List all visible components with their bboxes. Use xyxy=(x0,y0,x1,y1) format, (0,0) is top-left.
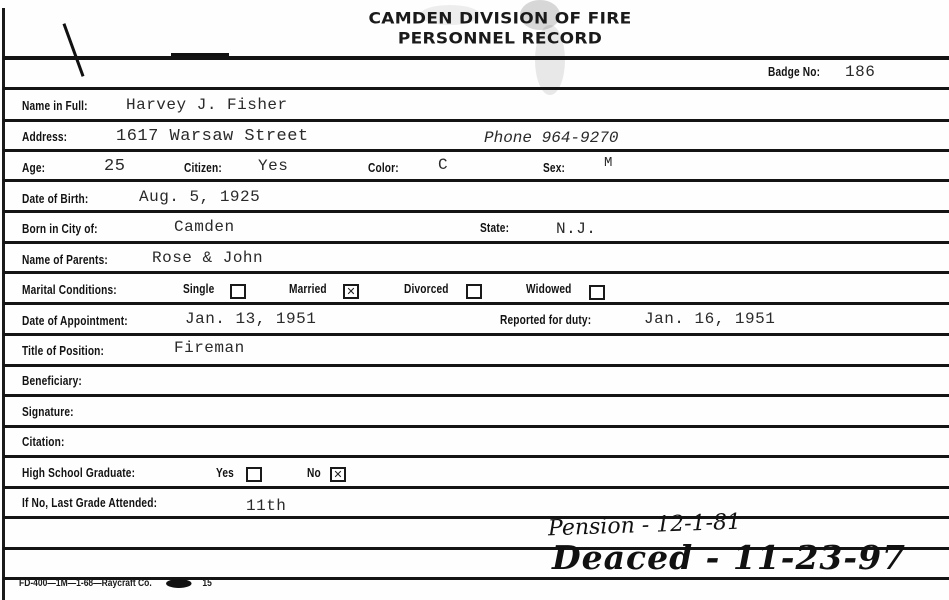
phone-value: Phone 964-9270 xyxy=(484,129,618,147)
hs-grad-no-checkbox[interactable]: ✕ xyxy=(330,467,346,482)
address-label: Address: xyxy=(22,129,67,144)
form-footer: FD-400—1M—1-68—Raycraft Co. 15 xyxy=(19,578,212,589)
badge-value: 186 xyxy=(845,63,875,81)
last-grade-label: If No, Last Grade Attended: xyxy=(22,495,157,510)
appointment-label: Date of Appointment: xyxy=(22,313,128,328)
handwritten-pension-note: Pension - 12-1-81 xyxy=(548,510,742,542)
form-title: CAMDEN DIVISION OF FIRE PERSONNEL RECORD xyxy=(300,9,700,49)
citation-label: Citation: xyxy=(22,434,65,449)
rule xyxy=(3,56,949,60)
parents-value: Rose & John xyxy=(152,249,263,267)
beneficiary-label: Beneficiary: xyxy=(22,373,82,388)
hs-grad-no-label: No xyxy=(307,465,321,480)
rule xyxy=(3,87,949,90)
form-title-line2: PERSONNEL RECORD xyxy=(300,29,700,49)
badge-label: Badge No: xyxy=(768,64,820,79)
rule xyxy=(3,486,949,489)
color-value: C xyxy=(438,156,448,174)
rule xyxy=(3,394,949,397)
marital-single-checkbox[interactable] xyxy=(230,284,246,299)
color-label: Color: xyxy=(368,160,399,175)
personnel-record-card: CAMDEN DIVISION OF FIRE PERSONNEL RECORD… xyxy=(0,0,949,600)
form-title-line1: CAMDEN DIVISION OF FIRE xyxy=(300,9,700,29)
rule xyxy=(3,364,949,367)
rule xyxy=(3,271,949,274)
name-label: Name in Full: xyxy=(22,98,88,113)
rule xyxy=(3,425,949,428)
citizen-label: Citizen: xyxy=(184,160,222,175)
rule xyxy=(3,302,949,305)
title-position-value: Fireman xyxy=(174,339,245,357)
form-code: FD-400—1M—1-68—Raycraft Co. xyxy=(19,578,152,589)
union-bug-icon xyxy=(166,579,192,588)
state-label: State: xyxy=(480,220,509,235)
last-grade-value: 11th xyxy=(246,497,286,515)
reported-value: Jan. 16, 1951 xyxy=(644,310,775,328)
dob-value: Aug. 5, 1925 xyxy=(139,188,260,206)
dob-label: Date of Birth: xyxy=(22,191,88,206)
appointment-value: Jan. 13, 1951 xyxy=(185,310,316,328)
name-value: Harvey J. Fisher xyxy=(126,96,288,114)
hs-grad-yes-label: Yes xyxy=(216,465,234,480)
rule xyxy=(3,179,949,182)
pen-slash-mark xyxy=(63,23,85,77)
marital-divorced-label: Divorced xyxy=(404,281,449,296)
signature-label: Signature: xyxy=(22,404,74,419)
age-value: 25 xyxy=(104,157,125,176)
title-position-label: Title of Position: xyxy=(22,343,104,358)
rule xyxy=(3,119,949,122)
union-number: 15 xyxy=(202,578,211,589)
hs-grad-label: High School Graduate: xyxy=(22,465,135,480)
marital-married-label: Married xyxy=(289,281,327,296)
rule xyxy=(3,210,949,213)
citizen-value: Yes xyxy=(258,157,288,175)
marital-single-label: Single xyxy=(183,281,214,296)
marital-label: Marital Conditions: xyxy=(22,282,117,297)
sex-label: Sex: xyxy=(543,160,565,175)
address-value: 1617 Warsaw Street xyxy=(116,127,309,146)
rule xyxy=(3,455,949,458)
marital-widowed-checkbox[interactable] xyxy=(589,285,605,300)
rule xyxy=(3,149,949,152)
rule xyxy=(3,333,949,336)
age-label: Age: xyxy=(22,160,45,175)
parents-label: Name of Parents: xyxy=(22,252,108,267)
born-city-label: Born in City of: xyxy=(22,221,98,236)
marital-married-checkbox[interactable]: ✕ xyxy=(343,284,359,299)
marital-divorced-checkbox[interactable] xyxy=(466,284,482,299)
state-value: N.J. xyxy=(556,220,596,238)
born-city-value: Camden xyxy=(174,218,235,236)
rule xyxy=(3,241,949,244)
reported-label: Reported for duty: xyxy=(500,312,591,327)
rule xyxy=(3,516,949,519)
marital-widowed-label: Widowed xyxy=(526,281,572,296)
hs-grad-yes-checkbox[interactable] xyxy=(246,467,262,482)
sex-value: M xyxy=(604,155,613,171)
handwritten-deceased-note: Deaced - 11-23-97 xyxy=(552,538,906,577)
